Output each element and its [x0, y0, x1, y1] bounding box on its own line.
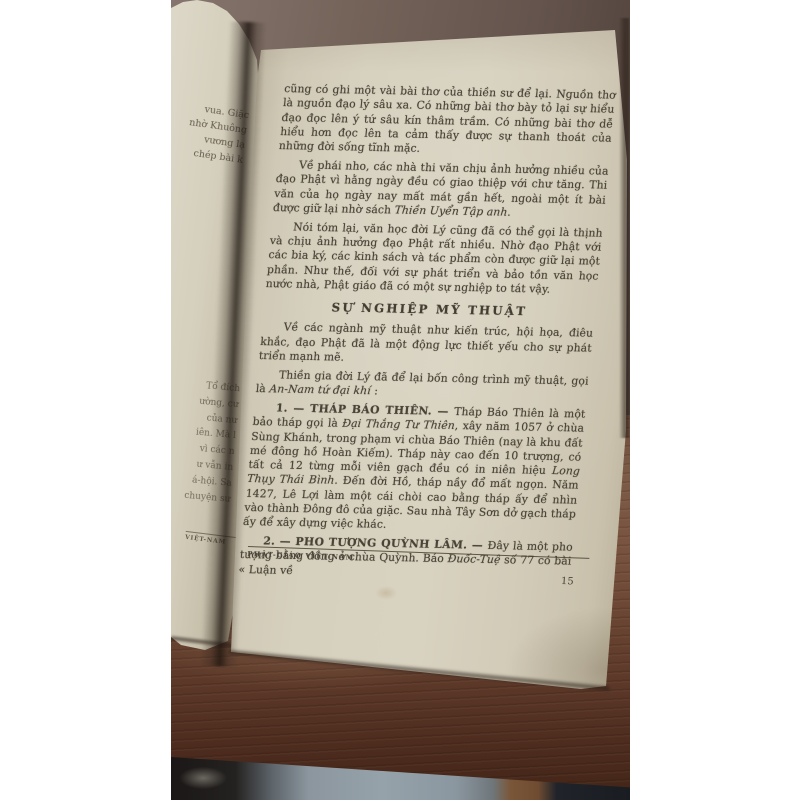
page-text-block: cũng có ghi một vài bài thơ của thiền sư…: [237, 82, 616, 588]
text-segment: cũng có ghi một vài bài thơ của thiền sư…: [278, 82, 616, 155]
paragraph: Nói tóm lại, văn học đời Lý cũng đã có t…: [265, 220, 603, 298]
paragraph: cũng có ghi một vài bài thơ của thiền sư…: [278, 82, 616, 160]
age-spot: [375, 586, 397, 600]
text-segment: .: [507, 206, 512, 219]
paragraphs-top: cũng có ghi một vài bài thơ của thiền sư…: [265, 82, 616, 298]
text-segment: :: [370, 384, 379, 397]
section-heading: SỰ NGHIỆP MỸ THUẬT: [263, 299, 596, 320]
text-segment: Nói tóm lại, văn học đời Lý cũng đã có t…: [265, 220, 603, 295]
paragraphs-bottom: Về các ngành mỹ thuật như kiến trúc, hội…: [238, 320, 594, 583]
paragraph: Về phái nho, các nhà thi văn chịu ảnh hư…: [272, 158, 609, 222]
text-segment: Thiền Uyển Tập anh: [394, 203, 508, 218]
photo-canvas: vua. Giặcnhờ Khuôngvương lạchép bài k Tổ…: [0, 0, 800, 800]
book-photo: vua. Giặcnhờ Khuôngvương lạchép bài k Tổ…: [171, 0, 630, 800]
page-edge-shadow-right: [619, 18, 629, 438]
text-segment: Đại Thắng Tư Thiên: [342, 417, 456, 432]
paragraph: Thiền gia đời Lý đã để lại bốn công trìn…: [255, 368, 589, 403]
right-page: cũng có ghi một vài bài thơ của thiền sư…: [225, 26, 629, 690]
paragraph: 1. — THÁP BÁO THIÊN. — Tháp Báo Thiên là…: [242, 401, 586, 536]
text-segment: An-Nam tứ đại khí: [269, 382, 372, 397]
paragraph: Về các ngành mỹ thuật như kiến trúc, hội…: [258, 320, 594, 370]
text-segment: Về các ngành mỹ thuật như kiến trúc, hội…: [258, 321, 593, 364]
